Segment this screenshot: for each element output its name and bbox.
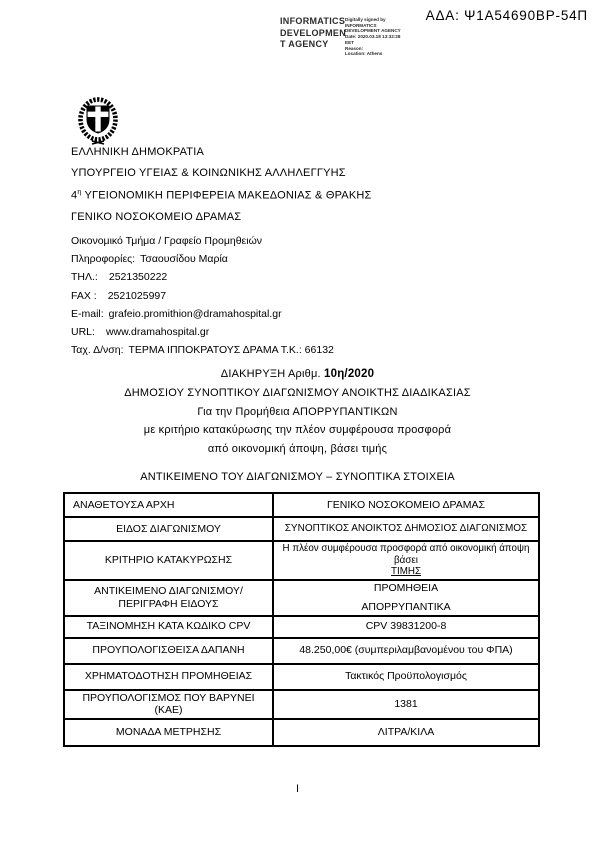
table-cell-value: CPV 39831200-8 xyxy=(273,616,539,638)
contact-address-label: Ταχ. Δ/νση: xyxy=(71,344,124,356)
table-row: ΚΡΙΤΗΡΙΟ ΚΑΤΑΚΥΡΩΣΗΣ Η πλέον συμφέρουσα … xyxy=(64,541,539,580)
label-line: (ΚΑΕ) xyxy=(71,704,266,717)
contact-phone: ΤΗΛ.:2521350222 xyxy=(71,268,334,286)
table-cell-label: ΕΙΔΟΣ ΔΙΑΓΩΝΙΣΜΟΥ xyxy=(64,517,273,541)
org-line-region: 4η ΥΓΕΙΟΝΟΜΙΚΗ ΠΕΡΙΦΕΡΕΙΑ ΜΑΚΕΔΟΝΙΑΣ & Θ… xyxy=(71,183,372,206)
table-cell-label: ΤΑΞΙΝΟΜΗΣΗ ΚΑΤΑ ΚΩΔΙΚΟ CPV xyxy=(64,616,273,638)
contact-fax-label: FAX : xyxy=(71,290,97,302)
stamp-agency-name: INFORMATICS DEVELOPMEN T AGENCY xyxy=(280,16,340,57)
criterion-line: Η πλέον συμφέρουσα προσφορά από οικονομι… xyxy=(280,543,532,555)
summary-table: ΑΝΑΘΕΤΟΥΣΑ ΑΡΧΗ ΓΕΝΙΚΟ ΝΟΣΟΚΟΜΕΙΟ ΔΡΑΜΑΣ… xyxy=(63,492,540,747)
table-cell-value: Η πλέον συμφέρουσα προσφορά από οικονομι… xyxy=(273,541,539,580)
table-cell-value: 48.250,00€ (συμπεριλαμβανομένου του ΦΠΑ) xyxy=(273,638,539,664)
title-line-number: ΔΙΑΚΗΡΥΞΗ Αριθμ. 10η/2020 xyxy=(0,365,595,384)
contact-info-value: Τσαουσίδου Μαρία xyxy=(140,253,228,265)
table-cell-label: ΠΡΟΥΠΟΛΟΓΙΣΘΕΙΣΑ ΔΑΠΑΝΗ xyxy=(64,638,273,664)
title-line-type: ΔΗΜΟΣΙΟΥ ΣΥΝΟΠΤΙΚΟΥ ΔΙΑΓΩΝΙΣΜΟΥ ΑΝΟΙΚΤΗΣ… xyxy=(0,384,595,403)
document-page: ΑΔΑ: Ψ1Α54690ΒΡ-54Π INFORMATICS DEVELOPM… xyxy=(0,0,595,842)
table-cell-value: Τακτικός Προϋπολογισμός xyxy=(273,664,539,690)
contact-email-value: grafeio.promithion@dramahospital.gr xyxy=(109,308,282,320)
table-cell-value: ΠΡΟΜΗΘΕΙΑ ΑΠΟΡΡΥΠΑΝΤΙΚΑ xyxy=(273,580,539,616)
table-cell-label: ΑΝΑΘΕΤΟΥΣΑ ΑΡΧΗ xyxy=(64,493,273,517)
title-prefix: ΔΙΑΚΗΡΥΞΗ Αριθμ. xyxy=(221,368,324,380)
contact-url: URL:www.dramahospital.gr xyxy=(71,323,334,341)
table-cell-label: ΜΟΝΑΔΑ ΜΕΤΡΗΣΗΣ xyxy=(64,719,273,746)
value-line: ΑΠΟΡΡΥΠΑΝΤΙΚΑ xyxy=(280,601,532,614)
stamp-agency-line: DEVELOPMEN xyxy=(280,28,340,40)
table-cell-value: ΓΕΝΙΚΟ ΝΟΣΟΚΟΜΕΙΟ ΔΡΑΜΑΣ xyxy=(273,493,539,517)
label-line: ΠΡΟΥΠΟΛΟΓΙΣΜΟΣ ΠΟΥ ΒΑΡΥΝΕΙ xyxy=(71,692,266,705)
contact-phone-value: 2521350222 xyxy=(109,271,167,283)
table-row: ΠΡΟΥΠΟΛΟΓΙΣΜΟΣ ΠΟΥ ΒΑΡΥΝΕΙ (ΚΑΕ) 1381 xyxy=(64,690,539,719)
coat-of-arms-icon xyxy=(77,96,119,146)
org-line-republic: ΕΛΛΗΝΙΚΗ ΔΗΜΟΚΡΑΤΙΑ xyxy=(71,142,372,163)
stamp-detail-line: Location: Athens xyxy=(345,51,431,57)
greek-coat-of-arms-logo xyxy=(77,96,119,146)
table-cell-label: ΑΝΤΙΚΕΙΜΕΝΟ ΔΙΑΓΩΝΙΣΜΟΥ/ ΠΕΡΙΓΡΑΦΗ ΕΙΔΟΥ… xyxy=(64,580,273,616)
table-row: ΕΙΔΟΣ ΔΙΑΓΩΝΙΣΜΟΥ ΣΥΝΟΠΤΙΚΟΣ ΑΝΟΙΚΤΟΣ ΔΗ… xyxy=(64,517,539,541)
table-cell-label: ΚΡΙΤΗΡΙΟ ΚΑΤΑΚΥΡΩΣΗΣ xyxy=(64,541,273,580)
org-line-hospital: ΓΕΝΙΚΟ ΝΟΣΟΚΟΜΕΙΟ ΔΡΑΜΑΣ xyxy=(71,207,372,228)
summary-section-title: ΑΝΤΙΚΕΙΜΕΝΟ ΤΟΥ ΔΙΑΓΩΝΙΣΜΟΥ – ΣΥΝΟΠΤΙΚΑ … xyxy=(0,471,595,483)
table-cell-value: ΛΙΤΡΑ/ΚΙΛΑ xyxy=(273,719,539,746)
stamp-agency-line: T AGENCY xyxy=(280,39,340,51)
criterion-line: βάσει xyxy=(280,555,532,567)
title-line-criterion: με κριτήριο κατακύρωσης την πλέον συμφέρ… xyxy=(0,421,595,440)
title-number: 10η/2020 xyxy=(324,368,374,380)
contact-address-value: ΤΕΡΜΑ ΙΠΠΟΚΡΑΤΟΥΣ ΔΡΑΜΑ Τ.Κ.: 66132 xyxy=(129,344,334,356)
table-row: ΧΡΗΜΑΤΟΔΟΤΗΣΗ ΠΡΟΜΗΘΕΙΑΣ Τακτικός Προϋπο… xyxy=(64,664,539,690)
organisation-header: ΕΛΛΗΝΙΚΗ ΔΗΜΟΚΡΑΤΙΑ ΥΠΟΥΡΓΕΙΟ ΥΓΕΙΑΣ & Κ… xyxy=(71,142,372,227)
contact-fax: FAX :2521025997 xyxy=(71,287,334,305)
title-line-criterion2: από οικονομική άποψη, βάσει τιμής xyxy=(0,440,595,459)
document-title-block: ΔΙΑΚΗΡΥΞΗ Αριθμ. 10η/2020 ΔΗΜΟΣΙΟΥ ΣΥΝΟΠ… xyxy=(0,365,595,459)
contact-address: Ταχ. Δ/νση:ΤΕΡΜΑ ΙΠΠΟΚΡΑΤΟΥΣ ΔΡΑΜΑ Τ.Κ.:… xyxy=(71,341,334,359)
value-line: ΠΡΟΜΗΘΕΙΑ xyxy=(280,582,532,595)
stamp-agency-line: INFORMATICS xyxy=(280,16,340,28)
contact-block: Οικονομικό Τμήμα / Γραφείο Προμηθειών Πλ… xyxy=(71,232,334,359)
table-row: ΜΟΝΑΔΑ ΜΕΤΡΗΣΗΣ ΛΙΤΡΑ/ΚΙΛΑ xyxy=(64,719,539,746)
org-line-ministry: ΥΠΟΥΡΓΕΙΟ ΥΓΕΙΑΣ & ΚΟΙΝΩΝΙΚΗΣ ΑΛΛΗΛΕΓΓΥΗ… xyxy=(71,163,372,184)
contact-info-label: Πληροφορίες: xyxy=(71,253,135,265)
contact-url-label: URL: xyxy=(71,326,95,338)
contact-email: E-mail:grafeio.promithion@dramahospital.… xyxy=(71,305,334,323)
table-row: ΑΝΤΙΚΕΙΜΕΝΟ ΔΙΑΓΩΝΙΣΜΟΥ/ ΠΕΡΙΓΡΑΦΗ ΕΙΔΟΥ… xyxy=(64,580,539,616)
table-row: ΠΡΟΥΠΟΛΟΓΙΣΘΕΙΣΑ ΔΑΠΑΝΗ 48.250,00€ (συμπ… xyxy=(64,638,539,664)
table-row: ΤΑΞΙΝΟΜΗΣΗ ΚΑΤΑ ΚΩΔΙΚΟ CPV CPV 39831200-… xyxy=(64,616,539,638)
stamp-signature-details: Digitally signed by INFORMATICS DEVELOPM… xyxy=(345,17,431,57)
title-line-subject: Για την Προμήθεια ΑΠΟΡΡΥΠΑΝΤΙΚΩΝ xyxy=(0,403,595,422)
org-region-rest: ΥΓΕΙΟΝΟΜΙΚΗ ΠΕΡΙΦΕΡΕΙΑ ΜΑΚΕΔΟΝΙΑΣ & ΘΡΑΚ… xyxy=(81,190,371,202)
table-cell-value: 1381 xyxy=(273,690,539,719)
contact-info-person: Πληροφορίες:Τσαουσίδου Μαρία xyxy=(71,250,334,268)
page-number: I xyxy=(0,783,595,795)
label-line: ΑΝΤΙΚΕΙΜΕΝΟ ΔΙΑΓΩΝΙΣΜΟΥ/ xyxy=(71,585,266,598)
label-line: ΠΕΡΙΓΡΑΦΗ ΕΙΔΟΥΣ xyxy=(71,598,266,611)
table-cell-label: ΠΡΟΥΠΟΛΟΓΙΣΜΟΣ ΠΟΥ ΒΑΡΥΝΕΙ (ΚΑΕ) xyxy=(64,690,273,719)
digital-signature-stamp: INFORMATICS DEVELOPMEN T AGENCY Digitall… xyxy=(280,16,431,57)
table-cell-value: ΣΥΝΟΠΤΙΚΟΣ ΑΝΟΙΚΤΟΣ ΔΗΜΟΣΙΟΣ ΔΙΑΓΩΝΙΣΜΟΣ xyxy=(273,517,539,541)
contact-email-label: E-mail: xyxy=(71,308,104,320)
table-row: ΑΝΑΘΕΤΟΥΣΑ ΑΡΧΗ ΓΕΝΙΚΟ ΝΟΣΟΚΟΜΕΙΟ ΔΡΑΜΑΣ xyxy=(64,493,539,517)
contact-department: Οικονομικό Τμήμα / Γραφείο Προμηθειών xyxy=(71,232,334,250)
contact-phone-label: ΤΗΛ.: xyxy=(71,271,98,283)
table-cell-label: ΧΡΗΜΑΤΟΔΟΤΗΣΗ ΠΡΟΜΗΘΕΙΑΣ xyxy=(64,664,273,690)
contact-fax-value: 2521025997 xyxy=(108,290,166,302)
contact-url-value: www.dramahospital.gr xyxy=(106,326,209,338)
criterion-price-underlined: ΤΙΜΗΣ xyxy=(280,566,532,578)
